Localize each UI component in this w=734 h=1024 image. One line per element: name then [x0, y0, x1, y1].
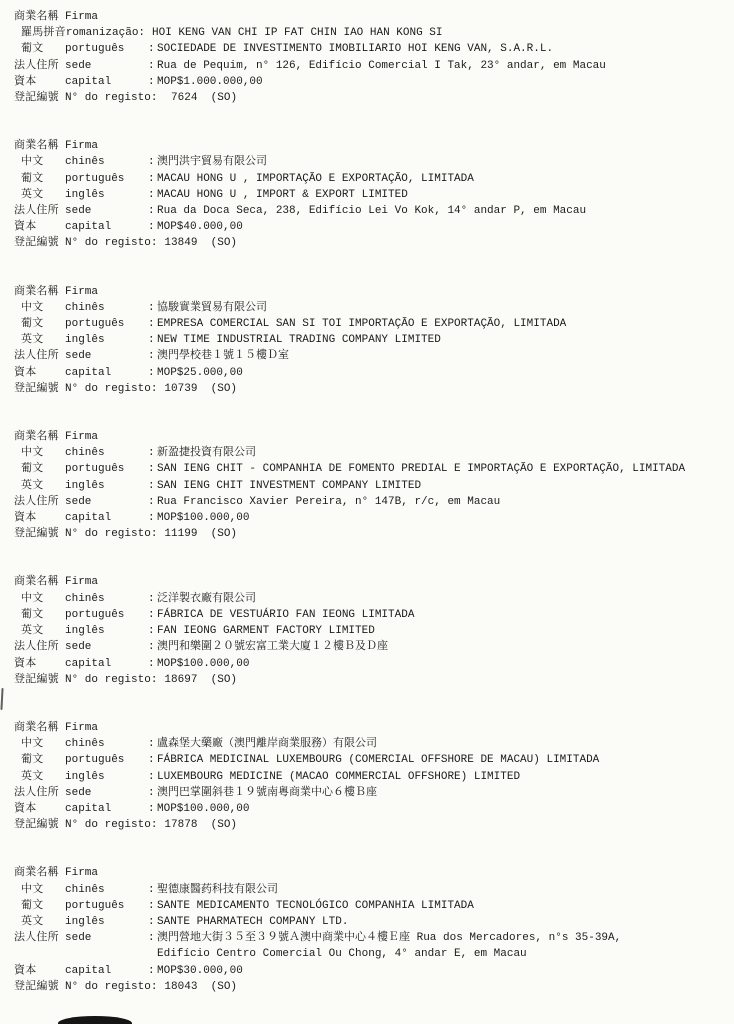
- header-label-zh: 商業名稱: [14, 138, 65, 154]
- portuguese-label-zh: 葡文: [14, 316, 65, 332]
- portuguese-label-pt: português: [65, 752, 148, 768]
- registry-entry: 商業名稱Firma中文chinês:協駿實業貿易有限公司葡文português:…: [14, 284, 728, 397]
- header-label-zh: 商業名稱: [14, 574, 65, 590]
- header-row: 商業名稱Firma: [14, 429, 728, 445]
- address-value: Rua Francisco Xavier Pereira, n° 147B, r…: [157, 494, 728, 510]
- address-row: 法人住所sede:澳門巴掌圍斜巷１９號南粵商業中心６樓Ｂ座: [14, 785, 728, 801]
- chinese-row: 中文chinês:新盈捷投資有限公司: [14, 445, 728, 461]
- colon-separator: :: [148, 494, 157, 510]
- address-label-zh: 法人住所: [14, 58, 65, 74]
- header-row: 商業名稱Firma: [14, 138, 728, 154]
- portuguese-label-zh: 葡文: [14, 752, 65, 768]
- registration-value: 7624 (SO): [164, 90, 728, 106]
- english-label-pt: inglês: [65, 332, 148, 348]
- chinese-label-pt: chinês: [65, 300, 148, 316]
- portuguese-label-pt: português: [65, 41, 148, 57]
- portuguese-row: 葡文português:EMPRESA COMERCIAL SAN SI TOI…: [14, 316, 728, 332]
- registry-entry: 商業名稱Firma中文chinês:新盈捷投資有限公司葡文português:S…: [14, 429, 728, 542]
- header-row: 商業名稱Firma: [14, 574, 728, 590]
- portuguese-label-pt: português: [65, 461, 148, 477]
- capital-value: MOP$40.000,00: [157, 219, 728, 235]
- colon-separator: :: [148, 510, 157, 526]
- registration-label-zh: 登記編號: [14, 90, 65, 106]
- registry-entry: 商業名稱Firma中文chinês:盧森堡大藥廠（澳門離岸商業服務）有限公司葡文…: [14, 720, 728, 833]
- colon-separator: :: [148, 656, 157, 672]
- colon-separator: :: [148, 752, 157, 768]
- colon-separator: :: [148, 623, 157, 639]
- address-value: Rua da Doca Seca, 238, Edifício Lei Vo K…: [157, 203, 728, 219]
- capital-label-pt: capital: [65, 365, 148, 381]
- capital-label-pt: capital: [65, 219, 148, 235]
- capital-row: 資本capital:MOP$40.000,00: [14, 219, 728, 235]
- english-label-pt: inglês: [65, 623, 148, 639]
- registration-label-zh: 登記編號: [14, 672, 65, 688]
- capital-label-zh: 資本: [14, 74, 65, 90]
- address-row: 法人住所sede:澳門學校巷１號１５樓Ｄ室: [14, 348, 728, 364]
- address-value: 澳門營地大街３５至３９號Ａ澳中商業中心４樓Ｅ座 Rua dos Mercador…: [157, 930, 728, 962]
- portuguese-value: FÁBRICA DE VESTUÁRIO FAN IEONG LIMITADA: [157, 607, 728, 623]
- address-label-pt: sede: [65, 58, 148, 74]
- chinese-value: 澳門洪宇貿易有限公司: [157, 154, 728, 170]
- chinese-row: 中文chinês:澳門洪宇貿易有限公司: [14, 154, 728, 170]
- capital-value: MOP$100.000,00: [157, 656, 728, 672]
- colon-separator: :: [148, 914, 157, 930]
- colon-separator: :: [148, 316, 157, 332]
- registration-value: 11199 (SO): [164, 526, 728, 542]
- chinese-value: 新盈捷投資有限公司: [157, 445, 728, 461]
- address-row: 法人住所sede:Rua Francisco Xavier Pereira, n…: [14, 494, 728, 510]
- english-row: 英文inglês:MACAU HONG U , IMPORT & EXPORT …: [14, 187, 728, 203]
- portuguese-value: FÁBRICA MEDICINAL LUXEMBOURG (COMERCIAL …: [157, 752, 728, 768]
- chinese-label-pt: chinês: [65, 445, 148, 461]
- address-value: 澳門巴掌圍斜巷１９號南粵商業中心６樓Ｂ座: [157, 785, 728, 801]
- address-row: 法人住所sede:澳門和樂圍２０號宏富工業大廈１２樓Ｂ及Ｄ座: [14, 639, 728, 655]
- portuguese-label-zh: 葡文: [14, 607, 65, 623]
- english-row: 英文inglês:SAN IENG CHIT INVESTMENT COMPAN…: [14, 478, 728, 494]
- header-label-zh: 商業名稱: [14, 720, 65, 736]
- header-label-pt: Firma: [65, 865, 98, 881]
- chinese-label-zh: 中文: [14, 591, 65, 607]
- chinese-label-pt: chinês: [65, 154, 148, 170]
- registration-value: 18697 (SO): [164, 672, 728, 688]
- registration-value: 18043 (SO): [164, 979, 728, 995]
- chinese-value: 協駿實業貿易有限公司: [157, 300, 728, 316]
- header-row: 商業名稱Firma: [14, 9, 728, 25]
- header-label-pt: Firma: [65, 429, 98, 445]
- registration-label-pt: N° do registo:: [65, 235, 157, 251]
- chinese-label-zh: 中文: [14, 736, 65, 752]
- chinese-label-pt: chinês: [65, 882, 148, 898]
- capital-label-pt: capital: [65, 656, 148, 672]
- address-label-pt: sede: [65, 494, 148, 510]
- capital-label-pt: capital: [65, 74, 148, 90]
- english-row: 英文inglês:SANTE PHARMATECH COMPANY LTD.: [14, 914, 728, 930]
- colon-separator: :: [148, 300, 157, 316]
- colon-separator: :: [148, 203, 157, 219]
- english-label-zh: 英文: [14, 623, 65, 639]
- registration-row: 登記編號N° do registo:13849 (SO): [14, 235, 728, 251]
- romanization-row: 羅馬拼音romanização:HOI KENG VAN CHI IP FAT …: [14, 25, 728, 41]
- registration-label-pt: N° do registo:: [65, 381, 157, 397]
- scan-smudge-artifact: [58, 1016, 132, 1024]
- english-row: 英文inglês:FAN IEONG GARMENT FACTORY LIMIT…: [14, 623, 728, 639]
- colon-separator: :: [148, 478, 157, 494]
- portuguese-label-zh: 葡文: [14, 41, 65, 57]
- portuguese-value: MACAU HONG U , IMPORTAÇÃO E EXPORTAÇÃO, …: [157, 171, 728, 187]
- colon-separator: :: [148, 154, 157, 170]
- chinese-value: 盧森堡大藥廠（澳門離岸商業服務）有限公司: [157, 736, 728, 752]
- capital-label-zh: 資本: [14, 963, 65, 979]
- registry-entry: 商業名稱Firma中文chinês:泛洋製衣廠有限公司葡文português:F…: [14, 574, 728, 687]
- header-label-zh: 商業名稱: [14, 284, 65, 300]
- portuguese-label-zh: 葡文: [14, 898, 65, 914]
- registration-row: 登記編號N° do registo:10739 (SO): [14, 381, 728, 397]
- colon-separator: :: [148, 898, 157, 914]
- header-label-pt: Firma: [65, 9, 98, 25]
- portuguese-row: 葡文português:SANTE MEDICAMENTO TECNOLÓGIC…: [14, 898, 728, 914]
- english-value: MACAU HONG U , IMPORT & EXPORT LIMITED: [157, 187, 728, 203]
- capital-value: MOP$1.000.000,00: [157, 74, 728, 90]
- colon-separator: :: [148, 736, 157, 752]
- registration-row: 登記編號N° do registo:17878 (SO): [14, 817, 728, 833]
- registration-label-pt: N° do registo:: [65, 526, 157, 542]
- english-value: SAN IENG CHIT INVESTMENT COMPANY LIMITED: [157, 478, 728, 494]
- colon-separator: :: [148, 58, 157, 74]
- address-label-pt: sede: [65, 930, 148, 946]
- english-value: FAN IEONG GARMENT FACTORY LIMITED: [157, 623, 728, 639]
- header-row: 商業名稱Firma: [14, 284, 728, 300]
- registration-label-zh: 登記編號: [14, 979, 65, 995]
- registry-list: 商業名稱Firma羅馬拼音romanização:HOI KENG VAN CH…: [14, 9, 728, 995]
- chinese-label-pt: chinês: [65, 736, 148, 752]
- english-label-pt: inglês: [65, 187, 148, 203]
- capital-label-zh: 資本: [14, 510, 65, 526]
- portuguese-label-zh: 葡文: [14, 171, 65, 187]
- colon-separator: :: [148, 332, 157, 348]
- capital-row: 資本capital:MOP$100.000,00: [14, 656, 728, 672]
- colon-separator: :: [148, 639, 157, 655]
- romanization-label-pt: romanização:: [66, 25, 145, 41]
- portuguese-value: SANTE MEDICAMENTO TECNOLÓGICO COMPANHIA …: [157, 898, 728, 914]
- registration-label-pt: N° do registo:: [65, 817, 157, 833]
- portuguese-label-pt: português: [65, 898, 148, 914]
- registry-entry: 商業名稱Firma羅馬拼音romanização:HOI KENG VAN CH…: [14, 9, 728, 106]
- colon-separator: :: [148, 74, 157, 90]
- portuguese-row: 葡文português:SOCIEDADE DE INVESTIMENTO IM…: [14, 41, 728, 57]
- english-label-pt: inglês: [65, 914, 148, 930]
- english-label-zh: 英文: [14, 187, 65, 203]
- registration-label-zh: 登記編號: [14, 235, 65, 251]
- portuguese-value: EMPRESA COMERCIAL SAN SI TOI IMPORTAÇÃO …: [157, 316, 728, 332]
- colon-separator: :: [148, 219, 157, 235]
- colon-separator: :: [148, 963, 157, 979]
- registration-label-zh: 登記編號: [14, 817, 65, 833]
- registration-label-zh: 登記編號: [14, 526, 65, 542]
- header-label-pt: Firma: [65, 720, 98, 736]
- chinese-row: 中文chinês:盧森堡大藥廠（澳門離岸商業服務）有限公司: [14, 736, 728, 752]
- colon-separator: :: [148, 365, 157, 381]
- address-label-pt: sede: [65, 639, 148, 655]
- registration-label-zh: 登記編號: [14, 381, 65, 397]
- registration-row: 登記編號N° do registo: 7624 (SO): [14, 90, 728, 106]
- address-label-pt: sede: [65, 348, 148, 364]
- capital-label-zh: 資本: [14, 365, 65, 381]
- chinese-label-zh: 中文: [14, 882, 65, 898]
- capital-row: 資本capital:MOP$1.000.000,00: [14, 74, 728, 90]
- colon-separator: :: [148, 41, 157, 57]
- english-label-zh: 英文: [14, 769, 65, 785]
- chinese-value: 聖德康醫药科技有限公司: [157, 882, 728, 898]
- english-value: SANTE PHARMATECH COMPANY LTD.: [157, 914, 728, 930]
- chinese-label-zh: 中文: [14, 300, 65, 316]
- capital-row: 資本capital:MOP$30.000,00: [14, 963, 728, 979]
- portuguese-row: 葡文português:SAN IENG CHIT - COMPANHIA DE…: [14, 461, 728, 477]
- header-label-zh: 商業名稱: [14, 9, 65, 25]
- header-label-pt: Firma: [65, 284, 98, 300]
- address-label-pt: sede: [65, 203, 148, 219]
- chinese-row: 中文chinês:泛洋製衣廠有限公司: [14, 591, 728, 607]
- header-label-pt: Firma: [65, 138, 98, 154]
- capital-value: MOP$100.000,00: [157, 801, 728, 817]
- romanization-label-zh: 羅馬拼音: [14, 25, 66, 41]
- colon-separator: :: [148, 607, 157, 623]
- colon-separator: :: [148, 591, 157, 607]
- address-value: Rua de Pequim, n° 126, Edifício Comercia…: [157, 58, 728, 74]
- portuguese-value: SAN IENG CHIT - COMPANHIA DE FOMENTO PRE…: [157, 461, 728, 477]
- registration-value: 13849 (SO): [164, 235, 728, 251]
- capital-label-zh: 資本: [14, 656, 65, 672]
- english-label-zh: 英文: [14, 914, 65, 930]
- address-label-zh: 法人住所: [14, 785, 65, 801]
- capital-row: 資本capital:MOP$100.000,00: [14, 801, 728, 817]
- romanization-value: HOI KENG VAN CHI IP FAT CHIN IAO HAN KON…: [152, 25, 728, 41]
- english-label-zh: 英文: [14, 478, 65, 494]
- colon-separator: :: [148, 930, 157, 946]
- capital-label-zh: 資本: [14, 801, 65, 817]
- address-value: 澳門和樂圍２０號宏富工業大廈１２樓Ｂ及Ｄ座: [157, 639, 728, 655]
- chinese-value: 泛洋製衣廠有限公司: [157, 591, 728, 607]
- portuguese-row: 葡文português:FÁBRICA MEDICINAL LUXEMBOURG…: [14, 752, 728, 768]
- address-label-zh: 法人住所: [14, 203, 65, 219]
- chinese-label-zh: 中文: [14, 154, 65, 170]
- chinese-label-pt: chinês: [65, 591, 148, 607]
- address-label-zh: 法人住所: [14, 639, 65, 655]
- chinese-label-zh: 中文: [14, 445, 65, 461]
- registration-label-pt: N° do registo:: [65, 672, 157, 688]
- capital-row: 資本capital:MOP$25.000,00: [14, 365, 728, 381]
- capital-value: MOP$30.000,00: [157, 963, 728, 979]
- header-row: 商業名稱Firma: [14, 720, 728, 736]
- colon-separator: :: [148, 461, 157, 477]
- capital-label-pt: capital: [65, 801, 148, 817]
- header-label-zh: 商業名稱: [14, 429, 65, 445]
- capital-value: MOP$100.000,00: [157, 510, 728, 526]
- english-label-pt: inglês: [65, 769, 148, 785]
- colon-separator: :: [148, 171, 157, 187]
- capital-row: 資本capital:MOP$100.000,00: [14, 510, 728, 526]
- scan-pen-mark-artifact: [0, 688, 3, 710]
- registry-entry: 商業名稱Firma中文chinês:聖德康醫药科技有限公司葡文português…: [14, 865, 728, 995]
- capital-label-pt: capital: [65, 510, 148, 526]
- address-label-zh: 法人住所: [14, 348, 65, 364]
- registration-label-pt: N° do registo:: [65, 979, 157, 995]
- scanned-registry-page: 商業名稱Firma羅馬拼音romanização:HOI KENG VAN CH…: [0, 0, 734, 1024]
- capital-label-pt: capital: [65, 963, 148, 979]
- colon-separator: :: [148, 785, 157, 801]
- portuguese-row: 葡文português:MACAU HONG U , IMPORTAÇÃO E …: [14, 171, 728, 187]
- address-row: 法人住所sede:Rua de Pequim, n° 126, Edifício…: [14, 58, 728, 74]
- chinese-row: 中文chinês:協駿實業貿易有限公司: [14, 300, 728, 316]
- colon-separator: :: [148, 187, 157, 203]
- registration-row: 登記編號N° do registo:11199 (SO): [14, 526, 728, 542]
- english-row: 英文inglês:NEW TIME INDUSTRIAL TRADING COM…: [14, 332, 728, 348]
- capital-label-zh: 資本: [14, 219, 65, 235]
- colon-separator: :: [148, 882, 157, 898]
- portuguese-label-pt: português: [65, 316, 148, 332]
- colon-separator: :: [148, 801, 157, 817]
- address-row: 法人住所sede:Rua da Doca Seca, 238, Edifício…: [14, 203, 728, 219]
- header-label-pt: Firma: [65, 574, 98, 590]
- address-label-zh: 法人住所: [14, 494, 65, 510]
- english-value: LUXEMBOURG MEDICINE (MACAO COMMERCIAL OF…: [157, 769, 728, 785]
- registration-value: 10739 (SO): [164, 381, 728, 397]
- registration-label-pt: N° do registo:: [65, 90, 157, 106]
- portuguese-label-pt: português: [65, 171, 148, 187]
- chinese-row: 中文chinês:聖德康醫药科技有限公司: [14, 882, 728, 898]
- address-row: 法人住所sede:澳門營地大街３５至３９號Ａ澳中商業中心４樓Ｅ座 Rua dos…: [14, 930, 728, 962]
- portuguese-label-pt: português: [65, 607, 148, 623]
- english-label-pt: inglês: [65, 478, 148, 494]
- header-label-zh: 商業名稱: [14, 865, 65, 881]
- registration-value: 17878 (SO): [164, 817, 728, 833]
- portuguese-label-zh: 葡文: [14, 461, 65, 477]
- capital-value: MOP$25.000,00: [157, 365, 728, 381]
- registration-row: 登記編號N° do registo:18697 (SO): [14, 672, 728, 688]
- address-label-pt: sede: [65, 785, 148, 801]
- registration-row: 登記編號N° do registo:18043 (SO): [14, 979, 728, 995]
- portuguese-value: SOCIEDADE DE INVESTIMENTO IMOBILIARIO HO…: [157, 41, 728, 57]
- colon-separator: :: [148, 348, 157, 364]
- address-value: 澳門學校巷１號１５樓Ｄ室: [157, 348, 728, 364]
- english-label-zh: 英文: [14, 332, 65, 348]
- english-row: 英文inglês:LUXEMBOURG MEDICINE (MACAO COMM…: [14, 769, 728, 785]
- portuguese-row: 葡文português:FÁBRICA DE VESTUÁRIO FAN IEO…: [14, 607, 728, 623]
- header-row: 商業名稱Firma: [14, 865, 728, 881]
- colon-separator: :: [148, 769, 157, 785]
- registry-entry: 商業名稱Firma中文chinês:澳門洪宇貿易有限公司葡文português:…: [14, 138, 728, 251]
- colon-separator: :: [148, 445, 157, 461]
- address-label-zh: 法人住所: [14, 930, 65, 946]
- english-value: NEW TIME INDUSTRIAL TRADING COMPANY LIMI…: [157, 332, 728, 348]
